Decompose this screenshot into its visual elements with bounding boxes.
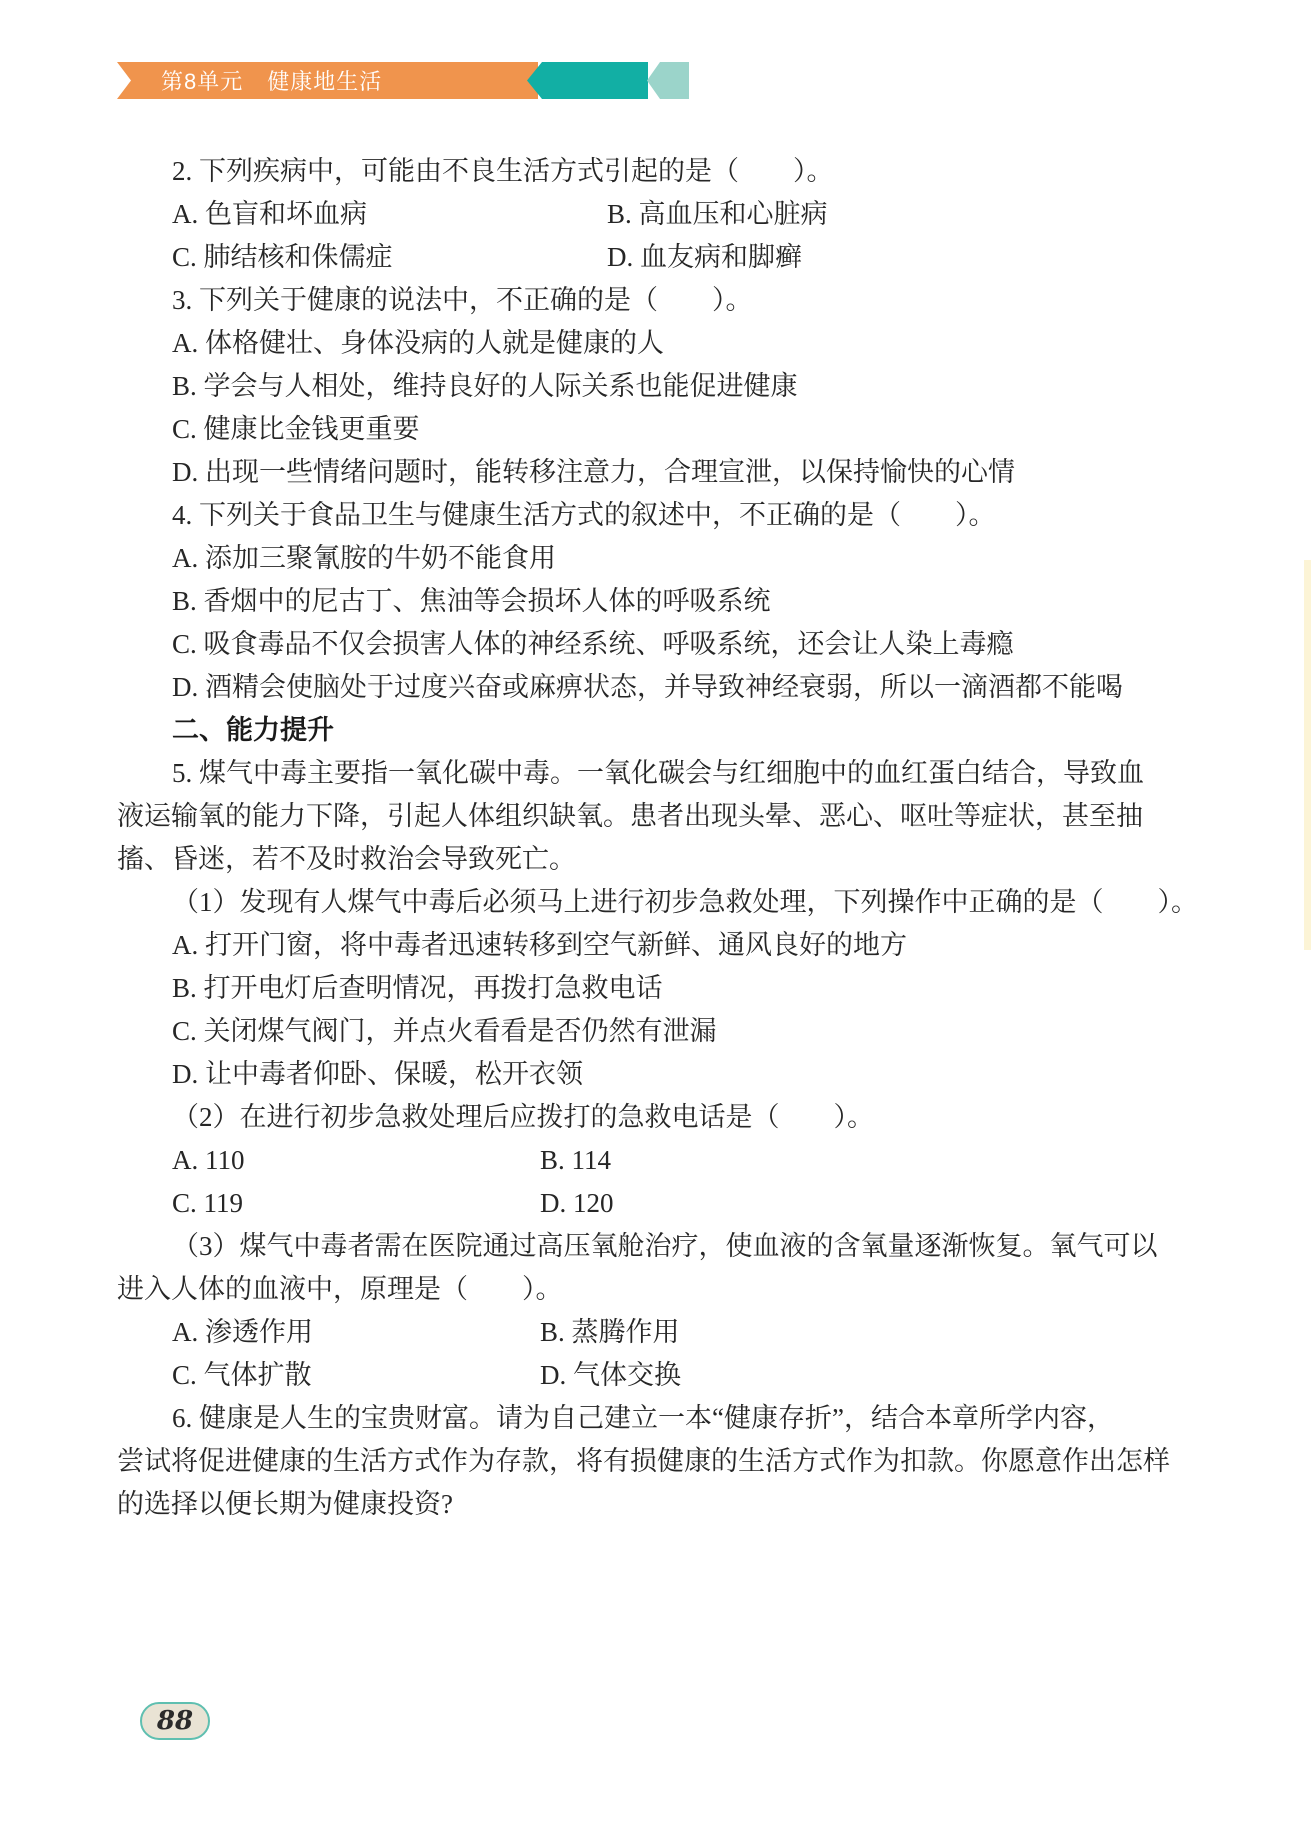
section-heading-ability: 二、能力提升 [117, 709, 1197, 752]
option-a: A. 渗透作用 [172, 1317, 313, 1347]
unit-banner: 第8单元 健康地生活 [0, 62, 1311, 99]
question-3-option-b: B. 学会与人相处，维持良好的人际关系也能促进健康 [117, 365, 1197, 408]
sub-2-options-ab: A. 110 B. 114 [117, 1139, 1197, 1182]
option-d: D. 血友病和脚癣 [607, 236, 802, 279]
sub-3-options-cd: C. 气体扩散 D. 气体交换 [117, 1354, 1197, 1397]
option-a: A. 110 [172, 1145, 245, 1175]
question-2-options-ab: A. 色盲和坏血病 B. 高血压和心脏病 [117, 193, 1197, 236]
question-5-line-3: 搐、昏迷，若不及时救治会导致死亡。 [117, 838, 1197, 881]
question-5-sub-1: （1）发现有人煤气中毒后必须马上进行初步急救处理，下列操作中正确的是（ ）。 [117, 881, 1197, 924]
page-edge-tab [1304, 560, 1311, 950]
option-b: B. 114 [540, 1139, 611, 1182]
question-3: 3. 下列关于健康的说法中，不正确的是（ ）。 [117, 279, 1197, 322]
sub-1-option-b: B. 打开电灯后查明情况，再拨打急救电话 [117, 967, 1197, 1010]
exercise-page-content: 2. 下列疾病中，可能由不良生活方式引起的是（ ）。 A. 色盲和坏血病 B. … [117, 150, 1197, 1526]
unit-banner-teal-segment [527, 62, 648, 99]
page-number-badge: 88 [140, 1702, 210, 1740]
option-b: B. 蒸腾作用 [540, 1311, 680, 1354]
question-3-option-a: A. 体格健壮、身体没病的人就是健康的人 [117, 322, 1197, 365]
question-5-sub-3-line-2: 进入人体的血液中，原理是（ ）。 [117, 1268, 1197, 1311]
option-c: C. 气体扩散 [172, 1360, 312, 1390]
question-5-line-2: 液运输氧的能力下降，引起人体组织缺氧。患者出现头晕、恶心、呕吐等症状，甚至抽 [117, 795, 1197, 838]
sub-1-option-c: C. 关闭煤气阀门，并点火看看是否仍然有泄漏 [117, 1010, 1197, 1053]
sub-2-options-cd: C. 119 D. 120 [117, 1182, 1197, 1225]
unit-label: 第8单元 [161, 65, 243, 96]
option-a: A. 色盲和坏血病 [172, 199, 367, 229]
question-4-option-d: D. 酒精会使脑处于过度兴奋或麻痹状态，并导致神经衰弱，所以一滴酒都不能喝 [117, 666, 1197, 709]
question-4-option-a: A. 添加三聚氰胺的牛奶不能食用 [117, 537, 1197, 580]
option-d: D. 120 [540, 1182, 614, 1225]
sub-1-option-a: A. 打开门窗，将中毒者迅速转移到空气新鲜、通风良好的地方 [117, 924, 1197, 967]
question-6-line-3: 的选择以便长期为健康投资? [117, 1483, 1197, 1526]
sub-1-option-d: D. 让中毒者仰卧、保暖，松开衣领 [117, 1053, 1197, 1096]
option-b: B. 高血压和心脏病 [607, 193, 828, 236]
question-5-sub-2: （2）在进行初步急救处理后应拨打的急救电话是（ ）。 [117, 1096, 1197, 1139]
sub-3-options-ab: A. 渗透作用 B. 蒸腾作用 [117, 1311, 1197, 1354]
question-6-line-1: 6. 健康是人生的宝贵财富。请为自己建立一本“健康存折”，结合本章所学内容， [117, 1397, 1197, 1440]
question-3-option-c: C. 健康比金钱更重要 [117, 408, 1197, 451]
question-5-sub-3-line-1: （3）煤气中毒者需在医院通过高压氧舱治疗，使血液的含氧量逐渐恢复。氧气可以 [117, 1225, 1197, 1268]
question-4: 4. 下列关于食品卫生与健康生活方式的叙述中，不正确的是（ ）。 [117, 494, 1197, 537]
question-3-option-d: D. 出现一些情绪问题时，能转移注意力，合理宣泄，以保持愉快的心情 [117, 451, 1197, 494]
question-4-option-b: B. 香烟中的尼古丁、焦油等会损坏人体的呼吸系统 [117, 580, 1197, 623]
question-6-line-2: 尝试将促进健康的生活方式作为存款，将有损健康的生活方式作为扣款。你愿意作出怎样 [117, 1440, 1197, 1483]
option-d: D. 气体交换 [540, 1354, 681, 1397]
page-number: 88 [157, 1706, 193, 1736]
question-2: 2. 下列疾病中，可能由不良生活方式引起的是（ ）。 [117, 150, 1197, 193]
unit-title: 健康地生活 [267, 65, 382, 96]
question-5-line-1: 5. 煤气中毒主要指一氧化碳中毒。一氧化碳会与红细胞中的血红蛋白结合，导致血 [117, 752, 1197, 795]
question-4-option-c: C. 吸食毒品不仅会损害人体的神经系统、呼吸系统，还会让人染上毒瘾 [117, 623, 1197, 666]
unit-banner-orange-segment: 第8单元 健康地生活 [117, 62, 538, 99]
question-2-options-cd: C. 肺结核和侏儒症 D. 血友病和脚癣 [117, 236, 1197, 279]
option-c: C. 119 [172, 1188, 243, 1218]
option-c: C. 肺结核和侏儒症 [172, 242, 393, 272]
unit-banner-light-teal-segment [647, 62, 689, 99]
